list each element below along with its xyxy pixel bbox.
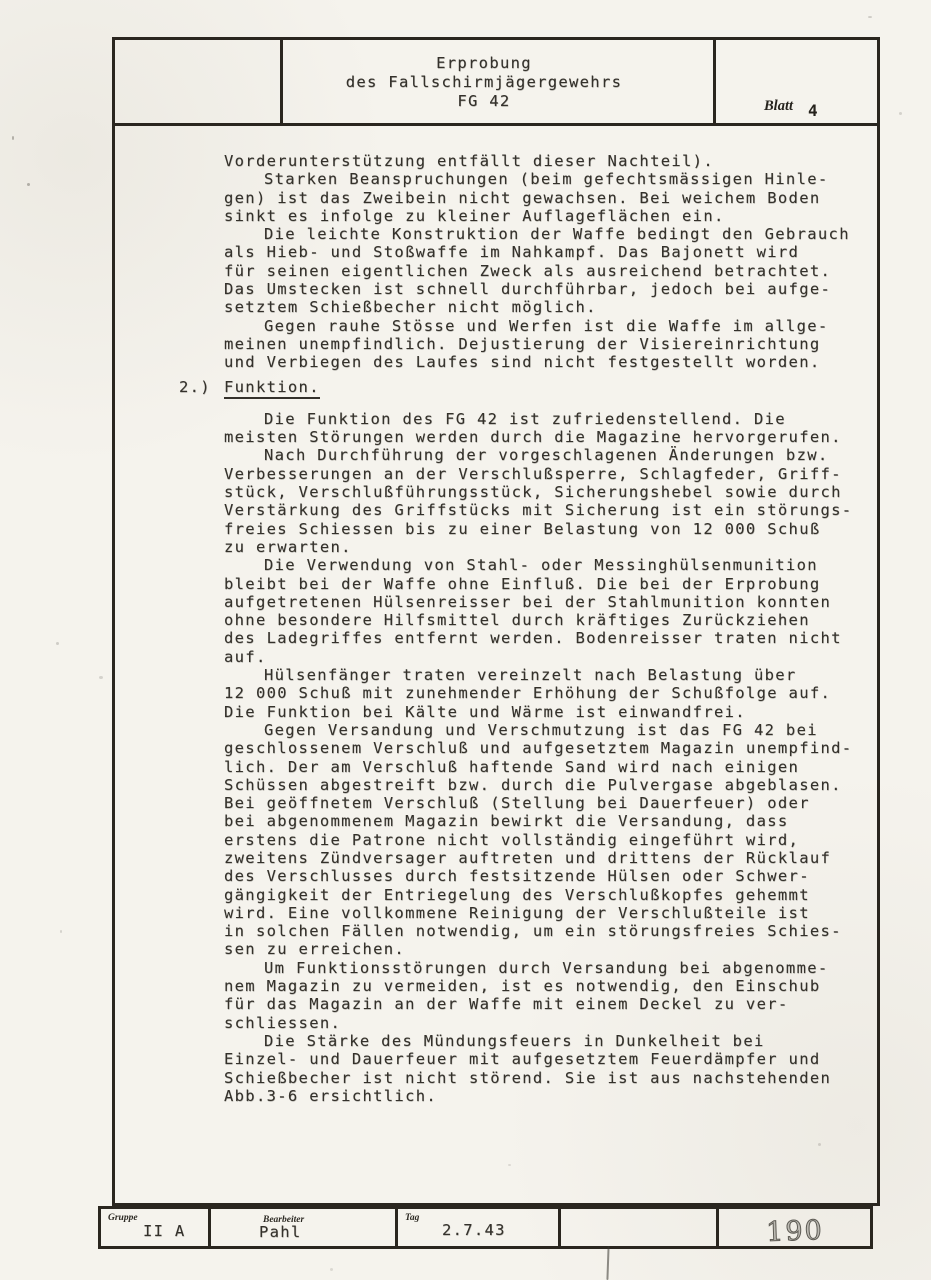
text-line: Verbesserungen an der Verschlußsperre, S… [224, 465, 873, 483]
text-line: Bei geöffnetem Verschluß (Stellung bei D… [224, 794, 873, 812]
text-line: in solchen Fällen notwendig, um ein stör… [224, 922, 873, 940]
scan-speck [818, 1143, 821, 1146]
doc-title-line-2: des Fallschirmjägergewehrs [269, 73, 699, 92]
text-line: erstens die Patrone nicht vollständig ei… [224, 831, 873, 849]
scan-speck [868, 16, 872, 18]
text-line: schliessen. [224, 1014, 873, 1032]
scan-speck [330, 1268, 333, 1271]
header-sheet-cell: Blatt 4 [713, 40, 877, 123]
text-line: zu erwarten. [224, 538, 873, 556]
bearbeiter-value: Pahl [259, 1223, 302, 1241]
text-line: Nach Durchführung der vorgeschlagenen Än… [224, 446, 873, 464]
text-line: bei abgenommenem Magazin bewirkt die Ver… [224, 812, 873, 830]
text-line: stück, Verschlußführungsstück, Sicherung… [224, 483, 873, 501]
footer-cell-bearbeiter: Bearbeiter Pahl [211, 1209, 398, 1246]
text-line: Um Funktionsstörungen durch Versandung b… [224, 959, 873, 977]
text-line: aufgetretenen Hülsenreisser bei der Stah… [224, 593, 873, 611]
text-line: Schüssen abgestreift bzw. durch die Pulv… [224, 776, 873, 794]
text-line: Die leichte Konstruktion der Waffe bedin… [224, 225, 873, 243]
document-body: Vorderunterstützung entfällt dieser Nach… [115, 126, 877, 1105]
text-line: Hülsenfänger traten vereinzelt nach Bela… [224, 666, 873, 684]
scan-speck [27, 183, 30, 186]
sheet-label: Blatt [764, 98, 793, 115]
scanned-page: Erprobung des Fallschirmjägergewehrs FG … [0, 0, 931, 1280]
text-line: setztem Schießbecher nicht möglich. [224, 298, 873, 316]
text-line: Schießbecher ist nicht störend. Sie ist … [224, 1069, 873, 1087]
scan-speck [60, 930, 62, 933]
header-empty-cell [115, 40, 283, 123]
scan-speck [56, 642, 59, 645]
document-frame: Erprobung des Fallschirmjägergewehrs FG … [112, 37, 880, 1206]
text-line: sinkt es infolge zu kleiner Auflagefläch… [224, 207, 873, 225]
text-line: 12 000 Schuß mit zunehmender Erhöhung de… [224, 684, 873, 702]
text-line: Verstärkung des Griffstücks mit Sicherun… [224, 501, 873, 519]
text-line: bleibt bei der Waffe ohne Einfluß. Die b… [224, 575, 873, 593]
text-line: freies Schiessen bis zu einer Belastung … [224, 520, 873, 538]
scan-speck [899, 112, 902, 115]
text-line: sen zu erreichen. [224, 940, 873, 958]
text-line: ohne besondere Hilfsmittel durch kräftig… [224, 611, 873, 629]
gruppe-value: II A [143, 1222, 186, 1240]
text-line: gen) ist das Zweibein nicht gewachsen. B… [224, 189, 873, 207]
section-heading: 2.)Funktion. [224, 378, 873, 399]
tag-label: Tag [405, 1213, 419, 1223]
footer-cell-tag: Tag 2.7.43 [398, 1209, 561, 1246]
text-line: Gegen rauhe Stösse und Werfen ist die Wa… [224, 317, 873, 335]
gruppe-label: Gruppe [108, 1213, 138, 1223]
pen-stroke-mark [606, 1246, 609, 1280]
text-line: Abb.3-6 ersichtlich. [224, 1087, 873, 1105]
text-line: Die Stärke des Mündungsfeuers in Dunkelh… [224, 1032, 873, 1050]
text-line: lich. Der am Verschluß haftende Sand wir… [224, 758, 873, 776]
section-number: 2.) [179, 378, 211, 396]
text-line: gängigkeit der Entriegelung des Verschlu… [224, 886, 873, 904]
text-line: Das Umstecken ist schnell durchführbar, … [224, 280, 873, 298]
scan-speck [12, 136, 14, 140]
doc-title-line-3: FG 42 [269, 92, 699, 111]
text-line: Starken Beanspruchungen (beim gefechtsmä… [224, 170, 873, 188]
text-line: und Verbiegen des Laufes sind nicht fest… [224, 353, 873, 371]
header-title-cell: Erprobung des Fallschirmjägergewehrs FG … [269, 40, 699, 123]
text-line: geschlossenem Verschluß und aufgesetztem… [224, 739, 873, 757]
text-line: für das Magazin an der Waffe mit einem D… [224, 995, 873, 1013]
text-line: des Ladegriffes entfernt werden. Bodenre… [224, 629, 873, 647]
document-footer: Gruppe II A Bearbeiter Pahl Tag 2.7.43 1… [98, 1206, 873, 1249]
text-line: Die Funktion des FG 42 ist zufriedenstel… [224, 410, 873, 428]
footer-cell-empty [561, 1209, 719, 1246]
text-line: zweitens Zündversager auftreten und drit… [224, 849, 873, 867]
scan-speck [99, 676, 103, 679]
text-line: meinen unempfindlich. Dejustierung der V… [224, 335, 873, 353]
footer-cell-gruppe: Gruppe II A [101, 1209, 211, 1246]
text-line: Die Funktion bei Kälte und Wärme ist ein… [224, 703, 873, 721]
text-line: Die Verwendung von Stahl- oder Messinghü… [224, 556, 873, 574]
text-line: wird. Eine vollkommene Reinigung der Ver… [224, 904, 873, 922]
doc-title-line-1: Erprobung [269, 54, 699, 73]
text-line: als Hieb- und Stoßwaffe im Nahkampf. Das… [224, 243, 873, 261]
text-line: des Verschlusses durch festsitzende Hüls… [224, 867, 873, 885]
text-line: für seinen eigentlichen Zweck als ausrei… [224, 262, 873, 280]
text-line: auf. [224, 648, 873, 666]
text-line: Vorderunterstützung entfällt dieser Nach… [224, 152, 873, 170]
page-number-stamp: 190 [765, 1215, 824, 1248]
text-line: nem Magazin zu vermeiden, ist es notwend… [224, 977, 873, 995]
sheet-number: 4 [808, 101, 818, 120]
text-line: Gegen Versandung und Verschmutzung ist d… [224, 721, 873, 739]
document-header: Erprobung des Fallschirmjägergewehrs FG … [115, 40, 877, 126]
scan-speck [508, 1164, 511, 1166]
section-title: Funktion. [224, 378, 320, 399]
text-line: Einzel- und Dauerfeuer mit aufgesetztem … [224, 1050, 873, 1068]
tag-value: 2.7.43 [442, 1221, 506, 1239]
text-line: meisten Störungen werden durch die Magaz… [224, 428, 873, 446]
footer-cell-page: 190 [719, 1209, 870, 1246]
